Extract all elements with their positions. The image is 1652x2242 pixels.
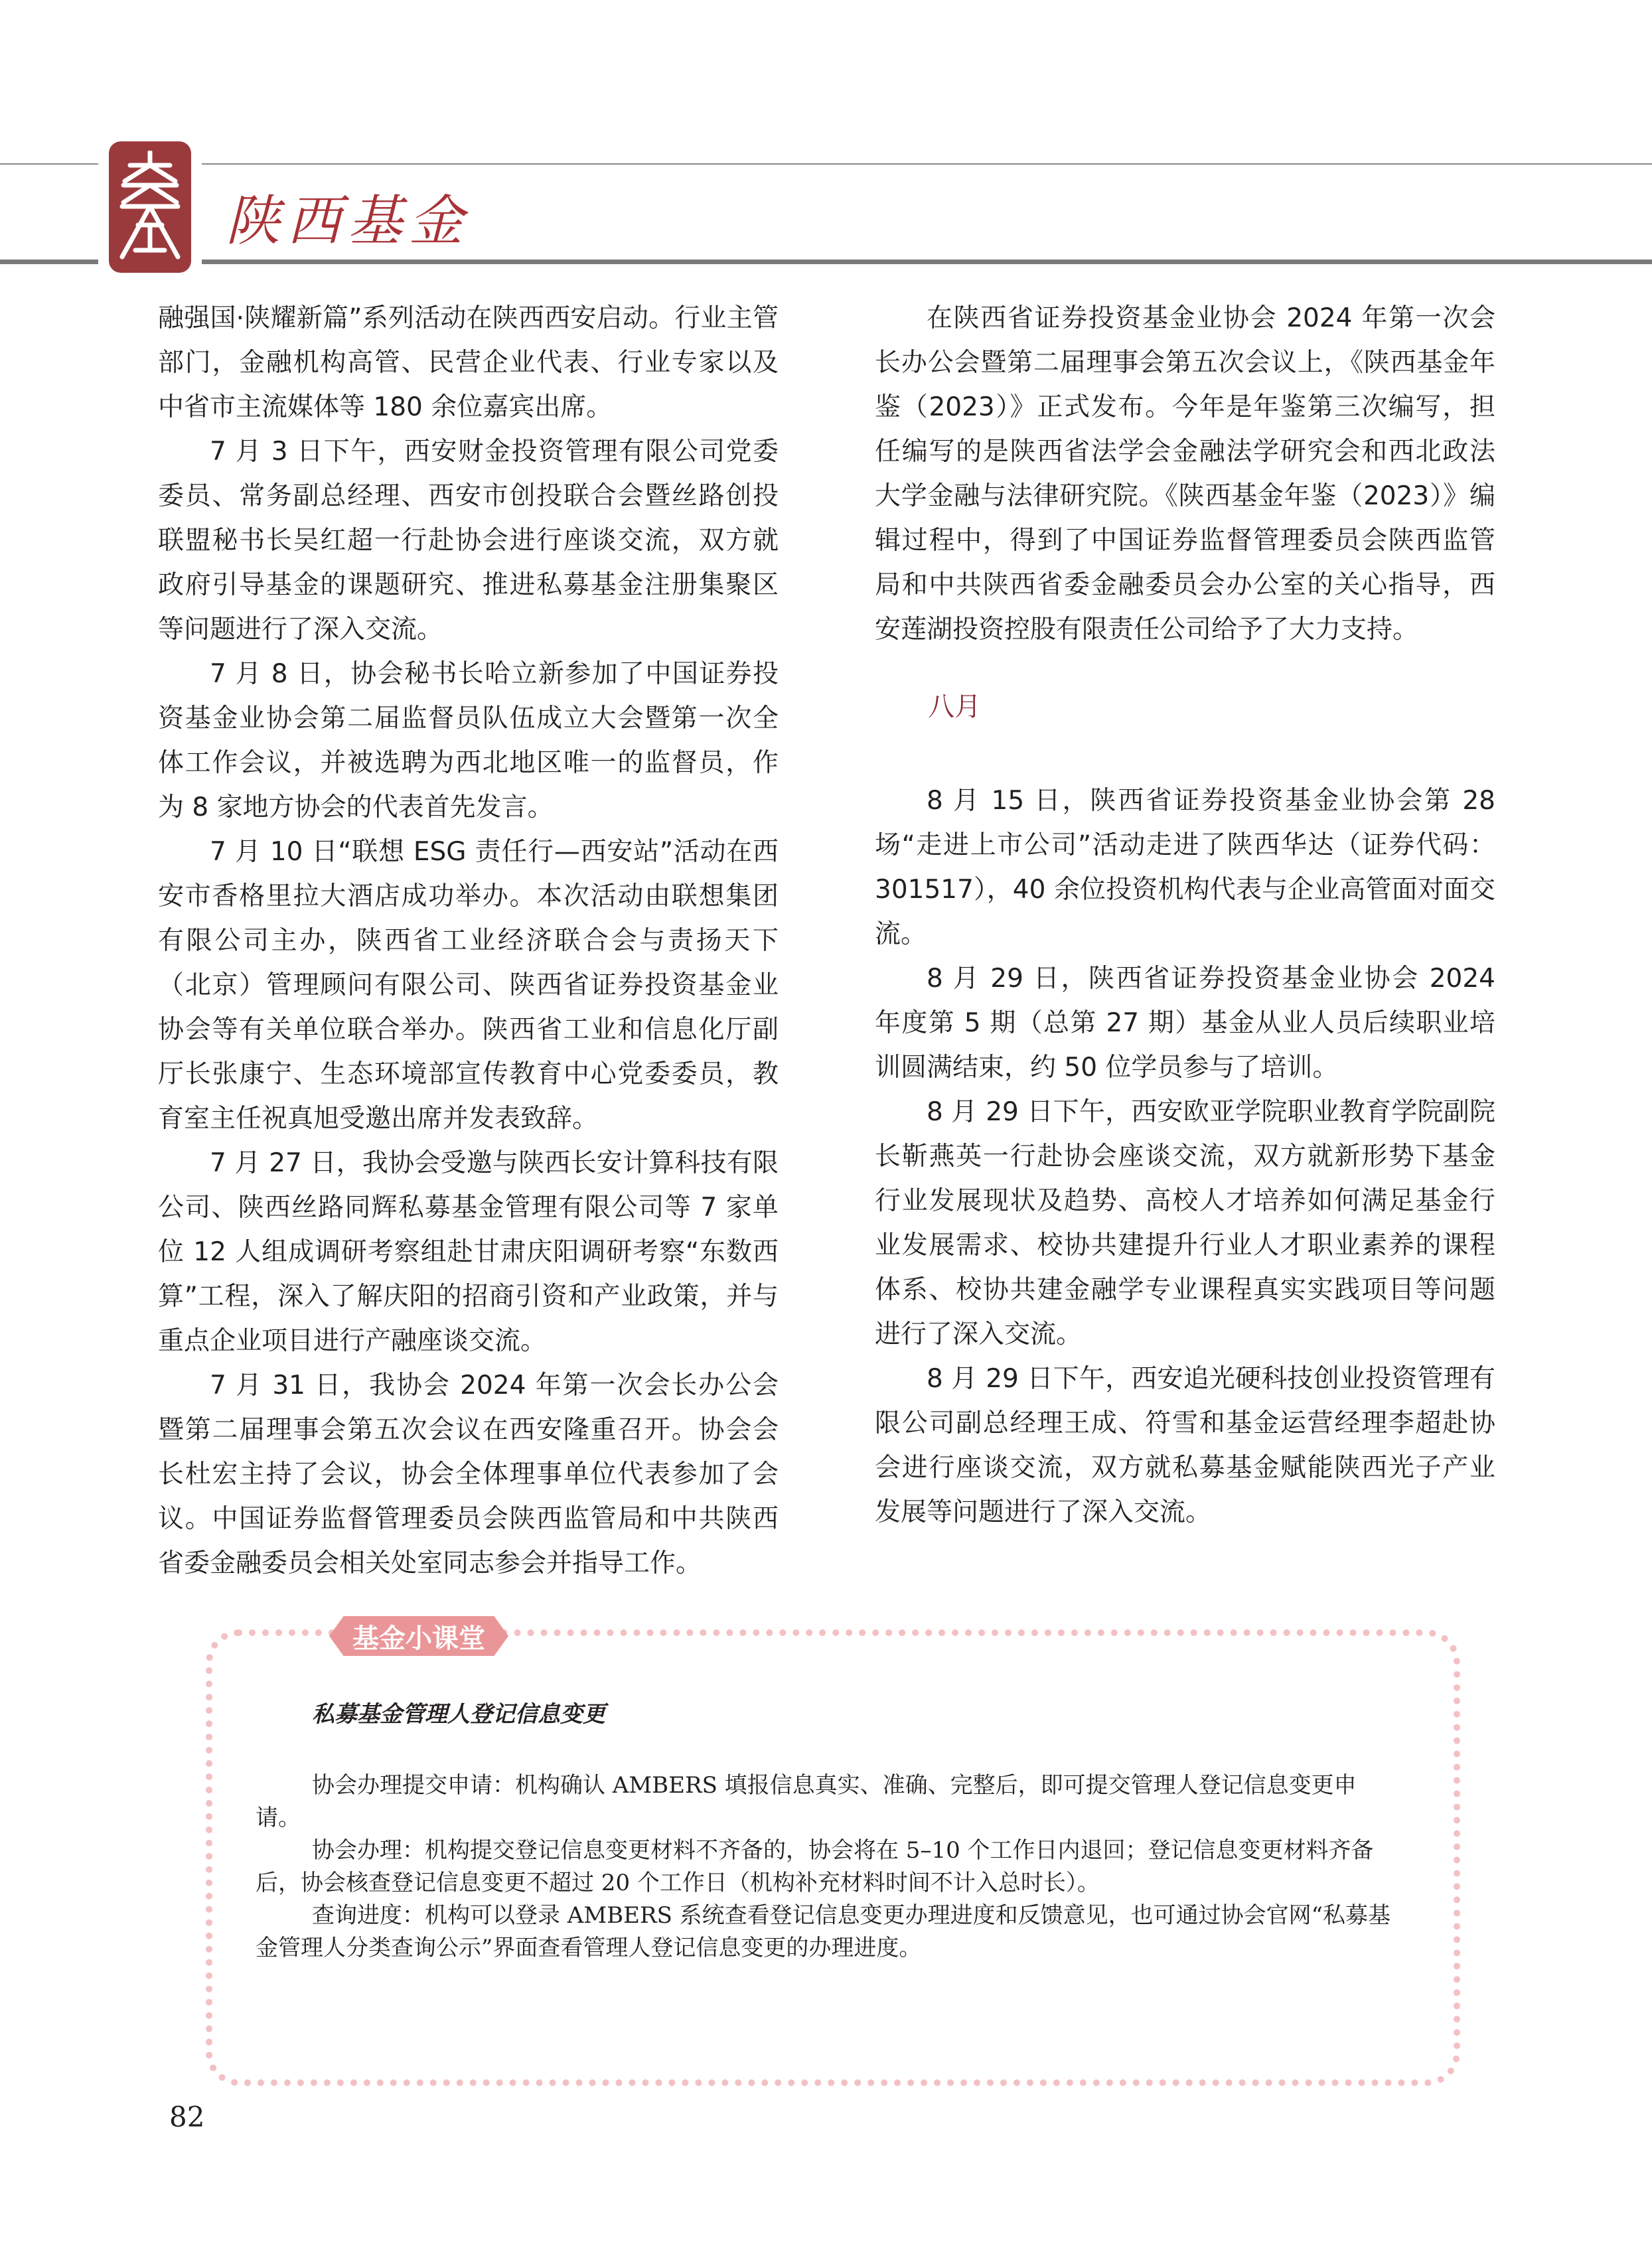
fund-classroom-badge: 基金小课堂 [329, 1616, 508, 1656]
box-title: 私募基金管理人登记信息变更 [312, 1696, 605, 1728]
left-column: 融强国·陕耀新篇”系列活动在陕西西安启动。行业主管部门，金融机构高管、民营企业代… [158, 296, 779, 1586]
paragraph: 7 月 8 日，协会秘书长哈立新参加了中国证券投资基金业协会第二届监督员队伍成立… [158, 652, 779, 830]
paragraph: 7 月 10 日“联想 ESG 责任行—西安站”活动在西安市香格里拉大酒店成功举… [158, 830, 779, 1141]
header-rule-top [0, 163, 1652, 165]
paragraph: 查询进度：机构可以登录 AMBERS 系统查看登记信息变更办理进度和反馈意见，也… [256, 1900, 1397, 1965]
paragraph: 7 月 31 日，我协会 2024 年第一次会长办公会暨第二届理事会第五次会议在… [158, 1363, 779, 1586]
box-body: 协会办理提交申请：机构确认 AMBERS 填报信息真实、准确、完整后，即可提交管… [256, 1769, 1397, 1965]
paragraph: 融强国·陕耀新篇”系列活动在陕西西安启动。行业主管部门，金融机构高管、民营企业代… [158, 296, 779, 429]
publication-title: 陕西基金 [219, 178, 477, 256]
paragraph: 协会办理：机构提交登记信息变更材料不齐备的，协会将在 5–10 个工作日内退回；… [256, 1834, 1397, 1900]
right-column: 在陕西省证券投资基金业协会 2024 年第一次会长办公会暨第二届理事会第五次会议… [875, 296, 1495, 1534]
paragraph: 协会办理提交申请：机构确认 AMBERS 填报信息真实、准确、完整后，即可提交管… [256, 1769, 1397, 1834]
header-rule-bottom [0, 260, 1652, 264]
paragraph: 8 月 15 日，陕西省证券投资基金业协会第 28 场“走进上市公司”活动走进了… [875, 779, 1495, 956]
paragraph: 在陕西省证券投资基金业协会 2024 年第一次会长办公会暨第二届理事会第五次会议… [875, 296, 1495, 652]
logo-badge [109, 141, 191, 273]
paragraph: 7 月 27 日，我协会受邀与陕西长安计算科技有限公司、陕西丝路同辉私募基金管理… [158, 1141, 779, 1363]
paragraph: 7 月 3 日下午，西安财金投资管理有限公司党委委员、常务副总经理、西安市创投联… [158, 429, 779, 652]
paragraph: 8 月 29 日下午，西安追光硬科技创业投资管理有限公司副总经理王成、符雪和基金… [875, 1357, 1495, 1534]
page-number: 82 [169, 2101, 204, 2133]
pagoda-logo-icon [117, 151, 183, 263]
logo [98, 139, 202, 276]
paragraph: 8 月 29 日，陕西省证券投资基金业协会 2024 年度第 5 期（总第 27… [875, 956, 1495, 1090]
month-heading: 八月 [875, 685, 1495, 729]
paragraph: 8 月 29 日下午，西安欧亚学院职业教育学院副院长靳燕英一行赴协会座谈交流，双… [875, 1090, 1495, 1357]
